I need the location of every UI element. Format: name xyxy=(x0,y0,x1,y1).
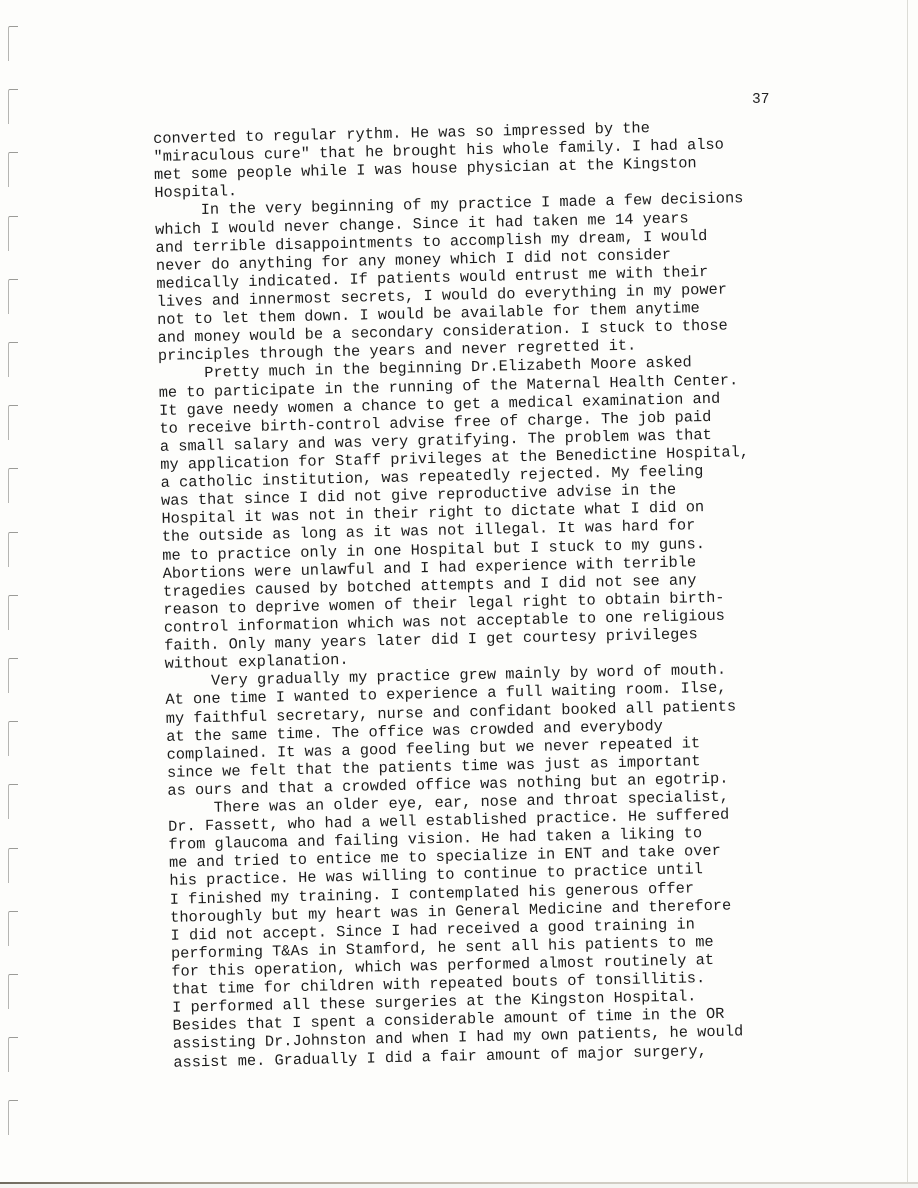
binding-bracket-icon xyxy=(8,216,18,251)
page-bottom-shadow xyxy=(0,1184,918,1188)
binding-bracket-icon xyxy=(8,974,18,1009)
binding-bracket-icon xyxy=(8,1037,18,1072)
binding-bracket-icon xyxy=(8,152,18,187)
binding-bracket-icon xyxy=(8,89,18,124)
binding-bracket-icon xyxy=(8,784,18,819)
binding-bracket-icon xyxy=(8,595,18,630)
binding-bracket-icon xyxy=(8,405,18,440)
body-text: converted to regular rythm. He was so im… xyxy=(153,115,873,1072)
binding-bracket-icon xyxy=(8,468,18,503)
scanned-page: 37 converted to regular rythm. He was so… xyxy=(0,0,918,1188)
binding-bracket-icon xyxy=(8,532,18,567)
binding-bracket-icon xyxy=(8,658,18,693)
binding-bracket-icon xyxy=(8,279,18,314)
page-number: 37 xyxy=(752,92,769,108)
binding-bracket-icon xyxy=(8,26,18,61)
binding-bracket-icon xyxy=(8,342,18,377)
binding-marks xyxy=(8,0,28,1188)
page-right-edge xyxy=(907,0,908,1188)
binding-bracket-icon xyxy=(8,911,18,946)
binding-bracket-icon xyxy=(8,1100,18,1135)
binding-bracket-icon xyxy=(8,721,18,756)
binding-bracket-icon xyxy=(8,848,18,883)
